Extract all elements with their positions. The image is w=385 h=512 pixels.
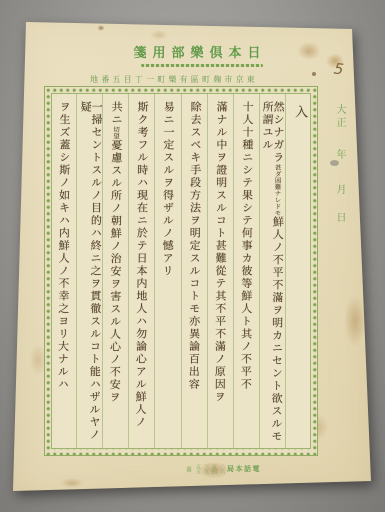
- date-era-label: 大正: [332, 104, 347, 130]
- date-day-label: 日: [332, 212, 347, 225]
- phone-number-group: 五五: [195, 464, 200, 474]
- column-text: 然シナガラ甚ダ困難ナレドモ鮮人ノ不平不滿ヲ明カニセント欲スルモ所謂ユル: [260, 101, 284, 449]
- manuscript-column: 共ニ切望憂慮スル所ノ朝鮮ノ治安ヲ害スル人心ノ不安ヲ: [103, 93, 129, 449]
- column-text: 除去スベキ手段方法ヲ明定スルコトモ亦異論百出容: [187, 101, 200, 449]
- foxing-spot: [340, 285, 370, 357]
- phone-number-group: 二六: [219, 464, 224, 474]
- foxing-spot: [224, 488, 284, 506]
- column-text: 斯ク考フル時ハ現在ニ於テ日本内地人ハ勿論心アル鮮人ノ: [135, 101, 148, 449]
- scanned-document: 箋用部樂倶本日 地番五目丁一町樂有區町麹市京東 大正 年 月 日 5 入: [0, 0, 385, 512]
- foxing-spot: [292, 38, 326, 64]
- interlinear-note: 甚ダ困難ナレドモ: [274, 164, 282, 216]
- manuscript-column: ヲ生ズ蓋シ斯ノ如キハ内鮮人ノ不幸之ヨリ大ナルハ: [51, 93, 77, 449]
- interlinear-note: 切望: [112, 126, 120, 139]
- phone-footer: 局本話電 二六 五四 三九 五五 番: [145, 461, 261, 477]
- manuscript-column: 易ニ一定スルヲ得ザルノ憾アリ: [155, 93, 181, 449]
- phone-number-group: 三九: [203, 464, 208, 474]
- ink-dot: [312, 72, 316, 76]
- stationery-sheet: 箋用部樂倶本日 地番五目丁一町樂有區町麹市京東 大正 年 月 日 5 入: [0, 0, 385, 512]
- phone-suffix: 番: [186, 465, 192, 474]
- letterhead-address: 地番五目丁一町樂有區町麹市京東: [84, 74, 264, 85]
- column-text: 十人十種ニシテ果シテ何事カ彼等鮮人ト其ノ不平不: [240, 101, 253, 449]
- phone-number-group: 五四: [211, 464, 216, 474]
- column-text: 滿ナル中ヲ證明スルコト甚難從テ其不平不滿ノ原因ヲ: [213, 101, 226, 449]
- column-text: 共ニ切望憂慮スル所ノ朝鮮ノ治安ヲ害スル人心ノ不安ヲ: [109, 101, 122, 449]
- column-text: 易ニ一定スルヲ得ザルノ憾アリ: [161, 101, 174, 449]
- letterhead-title: 箋用部樂倶本日: [120, 42, 280, 61]
- handwritten-page-number: 5: [333, 59, 345, 78]
- manuscript-column: 滿ナル中ヲ證明スルコト甚難從テ其不平不滿ノ原因ヲ: [208, 93, 234, 449]
- foxing-spot: [96, 24, 106, 32]
- date-month-label: 月: [332, 184, 347, 197]
- foxing-spot: [162, 498, 196, 508]
- foxing-spot: [146, 28, 172, 42]
- entry-marker: 入: [291, 105, 306, 449]
- column-text: 一掃セントスルノ目的ハ終ニ之ヲ貫徹スルコト能ハザルヤノ疑: [77, 101, 101, 449]
- manuscript-column: 除去スベキ手段方法ヲ明定スルコトモ亦異論百出容: [182, 93, 208, 449]
- manuscript-column: 十人十種ニシテ果シテ何事カ彼等鮮人ト其ノ不平不: [234, 93, 260, 449]
- manuscript-column: 斯ク考フル時ハ現在ニ於テ日本内地人ハ勿論心アル鮮人ノ: [129, 93, 155, 449]
- manuscript-column: 然シナガラ甚ダ困難ナレドモ鮮人ノ不平不滿ヲ明カニセント欲スルモ所謂ユル: [260, 93, 286, 449]
- gray-smudge: [330, 160, 339, 166]
- paper-shadow: 箋用部樂倶本日 地番五目丁一町樂有區町麹市京東 大正 年 月 日 5 入: [0, 0, 385, 512]
- manuscript-columns: 入 然シナガラ甚ダ困難ナレドモ鮮人ノ不平不滿ヲ明カニセント欲スルモ所謂ユル 十人…: [51, 93, 311, 449]
- column-text: ヲ生ズ蓋シ斯ノ如キハ内鮮人ノ不幸之ヨリ大ナルハ: [57, 101, 70, 449]
- title-divider-ornament: [141, 64, 263, 67]
- manuscript-column: 一掃セントスルノ目的ハ終ニ之ヲ貫徹スルコト能ハザルヤノ疑: [77, 93, 103, 449]
- foxing-spot: [56, 476, 88, 490]
- phone-label: 局本話電: [227, 464, 261, 474]
- manuscript-column-entry: 入: [286, 93, 311, 449]
